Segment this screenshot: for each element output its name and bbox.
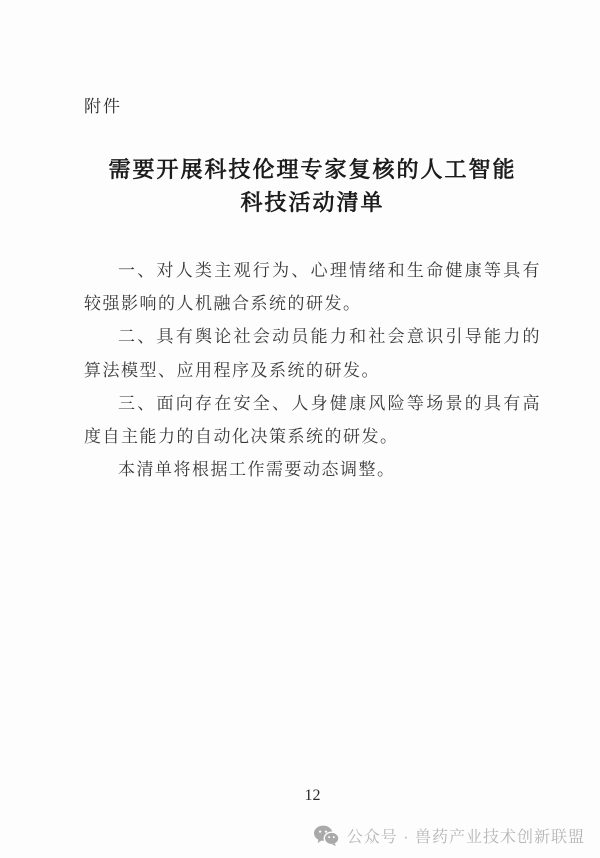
paragraph-item-1: 一、对人类主观行为、心理情绪和生命健康等具有较强影响的人机融合系统的研发。 bbox=[84, 254, 541, 320]
watermark-text: 公众号 · 兽药产业技术创新联盟 bbox=[347, 824, 585, 847]
paragraph-item-2: 二、具有舆论社会动员能力和社会意识引导能力的算法模型、应用程序及系统的研发。 bbox=[84, 320, 541, 386]
attachment-label: 附件 bbox=[84, 92, 122, 117]
document-title-line2: 科技活动清单 bbox=[84, 186, 541, 219]
document-page: 附件 需要开展科技伦理专家复核的人工智能 科技活动清单 一、对人类主观行为、心理… bbox=[0, 0, 600, 858]
watermark: 公众号 · 兽药产业技术创新联盟 bbox=[314, 824, 585, 847]
paragraph-item-3: 三、面向存在安全、人身健康风险等场景的具有高度自主能力的自动化决策系统的研发。 bbox=[84, 387, 541, 453]
wechat-icon bbox=[314, 825, 339, 846]
document-title-line1: 需要开展科技伦理专家复核的人工智能 bbox=[84, 153, 541, 186]
document-title: 需要开展科技伦理专家复核的人工智能 科技活动清单 bbox=[84, 153, 541, 219]
document-body: 一、对人类主观行为、心理情绪和生命健康等具有较强影响的人机融合系统的研发。 二、… bbox=[84, 254, 541, 486]
page-number: 12 bbox=[84, 787, 541, 805]
paragraph-item-4: 本清单将根据工作需要动态调整。 bbox=[84, 453, 541, 486]
